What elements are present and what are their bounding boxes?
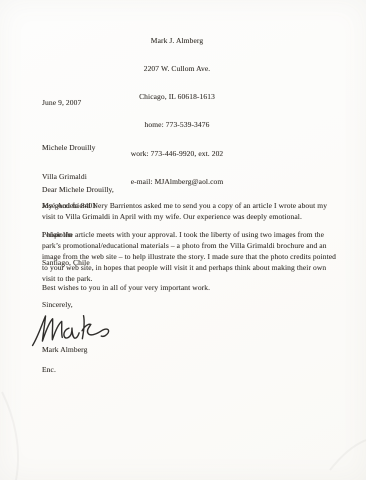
body-paragraph-1: My good friend Nery Barrientos asked me … — [42, 201, 340, 223]
body-paragraph-2: I hope the article meets with your appro… — [42, 230, 340, 285]
date-line: June 9, 2007 — [42, 98, 81, 107]
body-paragraph-3: Best wishes to you in all of your very i… — [42, 283, 340, 294]
recipient-org-line: Villa Grimaldi — [42, 172, 96, 182]
signature-ink-strokes — [27, 308, 120, 349]
typed-signature: Mark Almberg — [42, 345, 87, 354]
sender-work-phone-line: work: 773-446-9920, ext. 202 — [77, 149, 277, 158]
enclosure-notation: Enc. — [42, 365, 56, 374]
sender-home-phone-line: home: 773-539-3476 — [77, 120, 277, 129]
sender-city-line: Chicago, IL 60618-1613 — [77, 92, 277, 101]
sender-street-line: 2207 W. Cullom Ave. — [77, 64, 277, 73]
sender-name-line: Mark J. Almberg — [77, 36, 277, 45]
salutation: Dear Michele Drouilly, — [42, 185, 114, 194]
sender-address-block: Mark J. Almberg 2207 W. Cullom Ave. Chic… — [77, 17, 277, 205]
closing: Sincerely, — [42, 300, 73, 309]
recipient-name-line: Michele Drouilly — [42, 143, 96, 153]
scanned-letter-page: Mark J. Almberg 2207 W. Cullom Ave. Chic… — [0, 0, 366, 480]
